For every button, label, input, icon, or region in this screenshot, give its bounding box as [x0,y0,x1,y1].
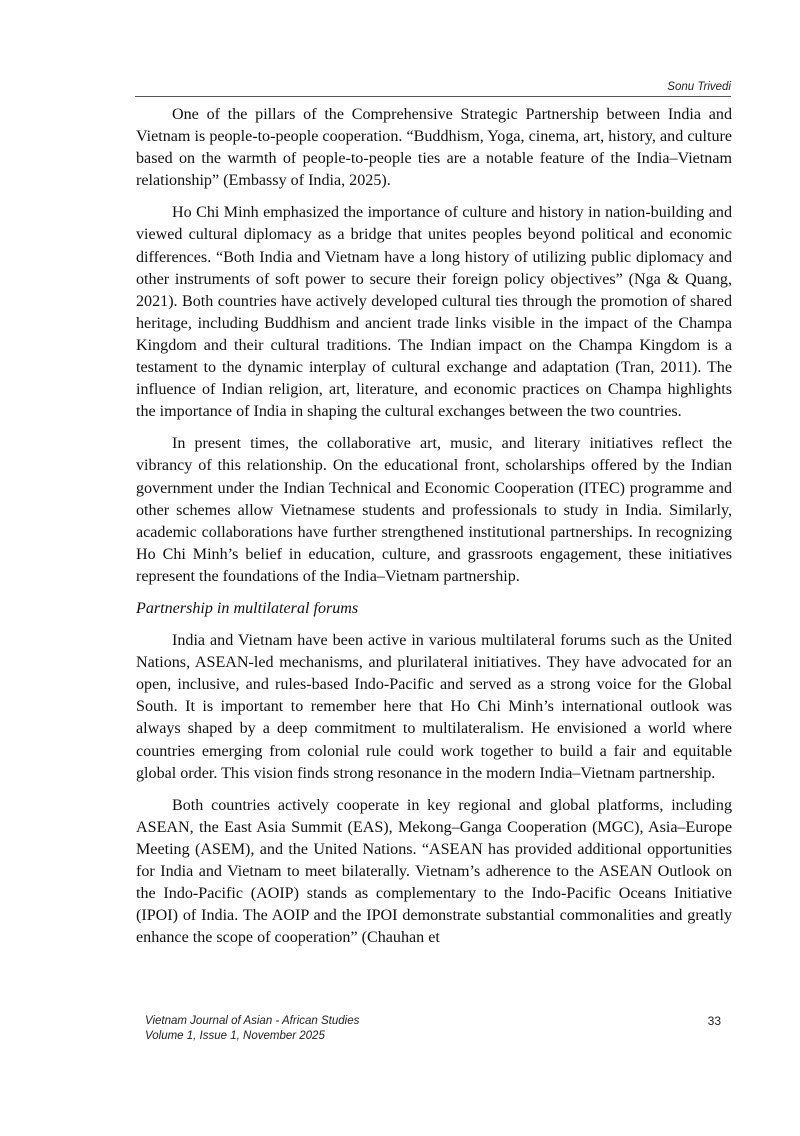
paragraph-cultural-diplomacy: Ho Chi Minh emphasized the importance of… [136,202,732,423]
header-author: Sonu Trivedi [667,81,731,93]
paragraph-people-to-people: One of the pillars of the Comprehensive … [136,104,732,192]
footer-issue-info: Volume 1, Issue 1, November 2025 [145,1029,721,1044]
body-text: One of the pillars of the Comprehensive … [136,104,732,959]
paragraph-multilateral-forums: India and Vietnam have been active in va… [136,630,732,785]
paragraph-regional-platforms: Both countries actively cooperate in key… [136,795,732,950]
paragraph-present-initiatives: In present times, the collaborative art,… [136,433,732,588]
running-header: Sonu Trivedi [135,80,731,97]
footer-journal-name: Vietnam Journal of Asian - African Studi… [145,1014,721,1029]
journal-page: Sonu Trivedi One of the pillars of the C… [0,0,800,1136]
page-number: 33 [708,1014,721,1029]
page-footer: Vietnam Journal of Asian - African Studi… [145,1014,721,1044]
section-heading: Partnership in multilateral forums [136,598,732,620]
